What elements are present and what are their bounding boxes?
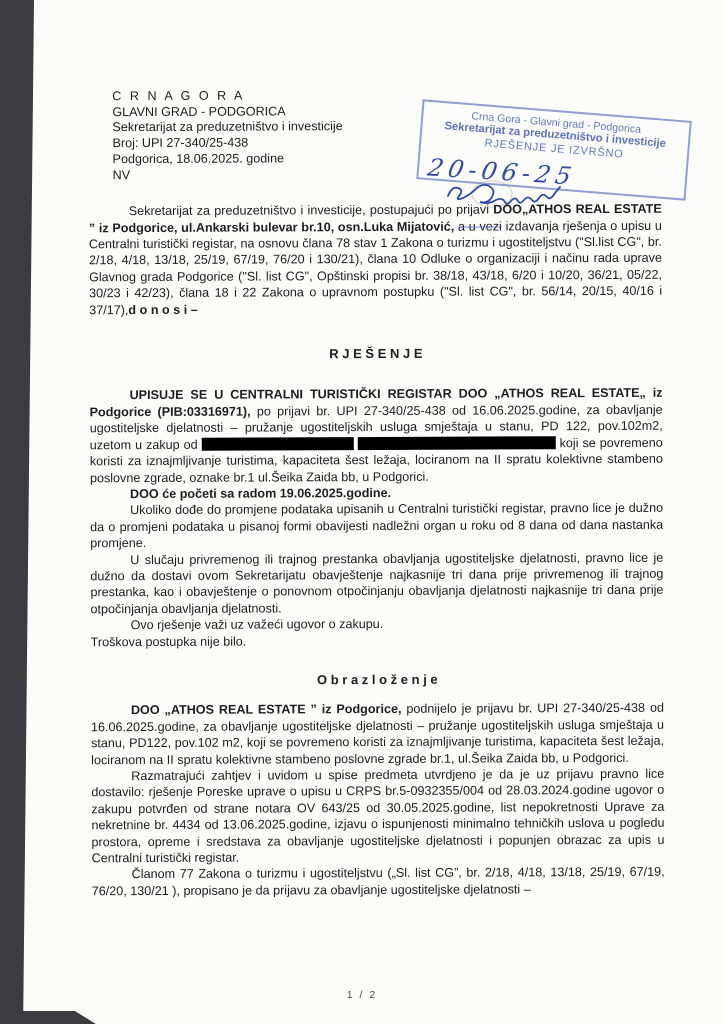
scan-edge-left (0, 0, 34, 1024)
rationale-paragraph-3: Članom 77 Zakona o turizmu i ugostiteljs… (92, 864, 665, 899)
rationale-paragraph-2: Razmatrajući zahtjev i uvidom u spise pr… (91, 766, 664, 867)
clause-cessation: U slučaju privremenog ili trajnog presta… (90, 549, 663, 617)
rationale-paragraph-1: DOO „ATHOS REAL ESTATE ” iz Podgorice, p… (91, 700, 664, 768)
redaction-box-2 (358, 436, 556, 450)
redaction-box-1 (202, 437, 354, 451)
page-number: 1 / 2 (0, 989, 724, 1001)
clause-change-of-data: Ukoliko dođe do promjene podataka upisan… (90, 500, 663, 552)
rationale-company-bold: DOO „ATHOS REAL ESTATE ” iz Podgorice, (131, 702, 402, 717)
intro-pre: Sekretarijat za preduzetništvo i investi… (129, 203, 494, 219)
operative-paragraph: UPISUJE SE U CENTRALNI TURISTIČKI REGIST… (90, 385, 663, 486)
letterhead-initials: NV (113, 165, 662, 183)
scanned-document-page: Crna Gora - Glavni grad - Podgorica Sekr… (0, 0, 724, 1024)
document-body: C R N A G O R A GLAVNI GRAD - PODGORICA … (88, 87, 665, 900)
letterhead: C R N A G O R A GLAVNI GRAD - PODGORICA … (112, 87, 661, 184)
scan-edge-bottom (0, 1011, 96, 1024)
title-rjesenje: R J E Š E N J E (89, 345, 662, 364)
clause-costs: Troškova postupka nije bilo. (91, 631, 664, 650)
intro-struck-text: a u vezi (458, 219, 502, 233)
intro-paragraph: Sekretarijat za preduzetništvo i investi… (89, 201, 662, 318)
intro-donosi: d o n o s i – (128, 302, 197, 316)
title-obrazlozenje: O b r a z l o ž e n j e (91, 671, 664, 690)
